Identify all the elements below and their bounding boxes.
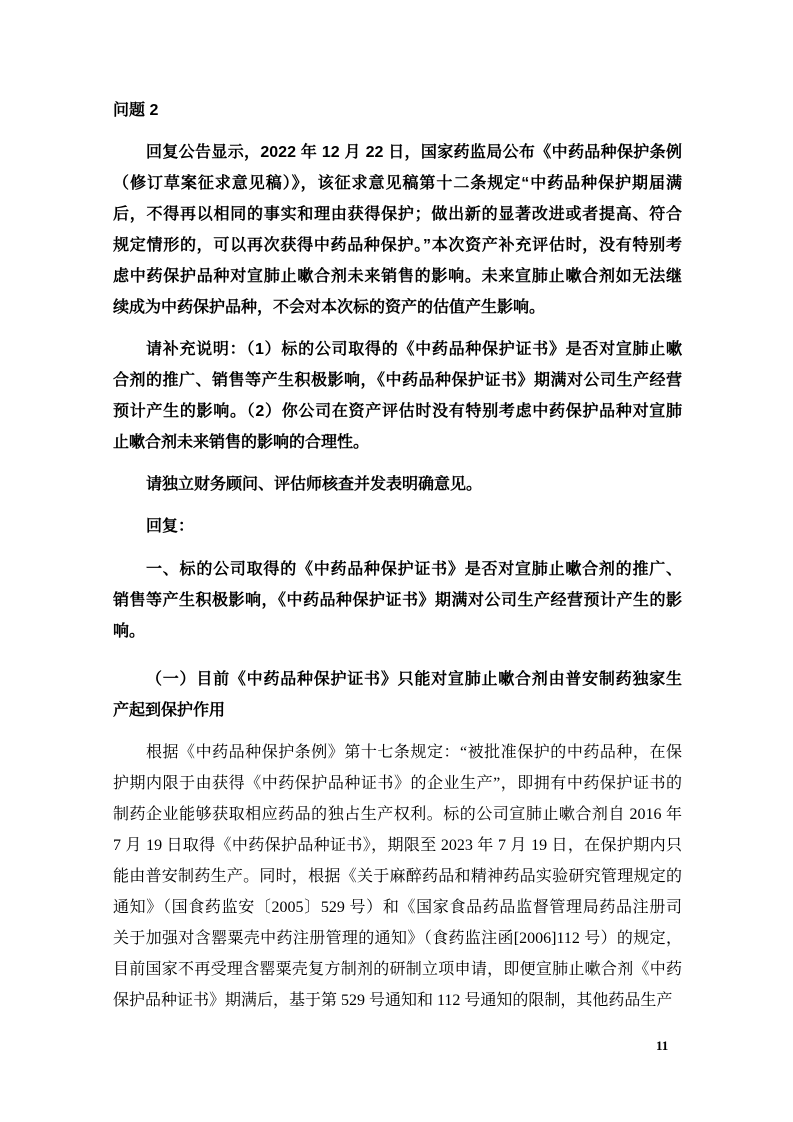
text-line: 根据《中药品种保护条例》第十七条规定：“被批准保护的中药品种，在保 (113, 737, 682, 768)
paragraph-question-heading: 问题 2 (113, 95, 682, 126)
text-line: 请补充说明：（1）标的公司取得的《中药品种保护证书》是否对宣肺止嗽 (113, 334, 682, 365)
paragraph-body-bold: 请补充说明：（1）标的公司取得的《中药品种保护证书》是否对宣肺止嗽合剂的推广、销… (113, 334, 682, 458)
text-line: 止嗽合剂未来销售的影响的合理性。 (113, 427, 682, 458)
paragraph-body-regular: 根据《中药品种保护条例》第十七条规定：“被批准保护的中药品种，在保护期内限于由获… (113, 737, 682, 1016)
text-line: 回复： (113, 511, 682, 542)
paragraph-subsection-heading: （一）目前《中药品种保护证书》只能对宣肺止嗽合剂由普安制药独家生产起到保护作用 (113, 664, 682, 726)
text-line: 后，不得再以相同的事实和理由获得保护；做出新的显著改进或者提高、符合 (113, 199, 682, 230)
document-body: 问题 2回复公告显示，2022 年 12 月 22 日，国家药监局公布《中药品种… (113, 95, 682, 1016)
text-line: 规定情形的，可以再次获得中药品种保护。”本次资产补充评估时，没有特别考 (113, 230, 682, 261)
text-line: 通知》（国食药监安〔2005〕529 号）和《国家食品药品监督管理局药品注册司 (113, 892, 682, 923)
paragraph-section-heading: 一、标的公司取得的《中药品种保护证书》是否对宣肺止嗽合剂的推广、销售等产生积极影… (113, 554, 682, 647)
text-line: 问题 2 (113, 95, 682, 126)
text-line: 响。 (113, 616, 682, 647)
text-line: 护期内限于由获得《中药保护品种证书》的企业生产”，即拥有中药保护证书的 (113, 768, 682, 799)
text-line: 7 月 19 日取得《中药保护品种证书》，期限至 2023 年 7 月 19 日… (113, 830, 682, 861)
text-line: 目前国家不再受理含罂粟壳复方制剂的研制立项申请，即便宣肺止嗽合剂《中药 (113, 954, 682, 985)
text-line: 关于加强对含罂粟壳中药注册管理的通知》（食药监注函[2006]112 号）的规定… (113, 923, 682, 954)
page-number: 11 (656, 1038, 668, 1053)
text-line: 续成为中药保护品种，不会对本次标的资产的估值产生影响。 (113, 292, 682, 323)
text-line: 保护品种证书》期满后，基于第 529 号通知和 112 号通知的限制，其他药品生… (113, 985, 682, 1016)
text-line: 虑中药保护品种对宣肺止嗽合剂未来销售的影响。未来宣肺止嗽合剂如无法继 (113, 261, 682, 292)
text-line: （一）目前《中药品种保护证书》只能对宣肺止嗽合剂由普安制药独家生 (113, 664, 682, 695)
document-page: 问题 2回复公告显示，2022 年 12 月 22 日，国家药监局公布《中药品种… (0, 0, 793, 1122)
text-line: 回复公告显示，2022 年 12 月 22 日，国家药监局公布《中药品种保护条例 (113, 137, 682, 168)
text-line: （修订草案征求意见稿）》，该征求意见稿第十二条规定“中药品种保护期届满 (113, 168, 682, 199)
text-line: 产起到保护作用 (113, 695, 682, 726)
text-line: 销售等产生积极影响，《中药品种保护证书》期满对公司生产经营预计产生的影 (113, 585, 682, 616)
paragraph-body-bold: 请独立财务顾问、评估师核查并发表明确意见。 (113, 469, 682, 500)
text-line: 请独立财务顾问、评估师核查并发表明确意见。 (113, 469, 682, 500)
text-line: 能由普安制药生产。同时，根据《关于麻醉药品和精神药品实验研究管理规定的 (113, 861, 682, 892)
text-line: 预计产生的影响。（2）你公司在资产评估时没有特别考虑中药保护品种对宣肺 (113, 396, 682, 427)
paragraph-body-bold: 回复公告显示，2022 年 12 月 22 日，国家药监局公布《中药品种保护条例… (113, 137, 682, 323)
text-line: 一、标的公司取得的《中药品种保护证书》是否对宣肺止嗽合剂的推广、 (113, 554, 682, 585)
text-line: 合剂的推广、销售等产生积极影响，《中药品种保护证书》期满对公司生产经营 (113, 365, 682, 396)
text-line: 制药企业能够获取相应药品的独占生产权利。标的公司宣肺止嗽合剂自 2016 年 (113, 799, 682, 830)
paragraph-reply-label: 回复： (113, 511, 682, 542)
